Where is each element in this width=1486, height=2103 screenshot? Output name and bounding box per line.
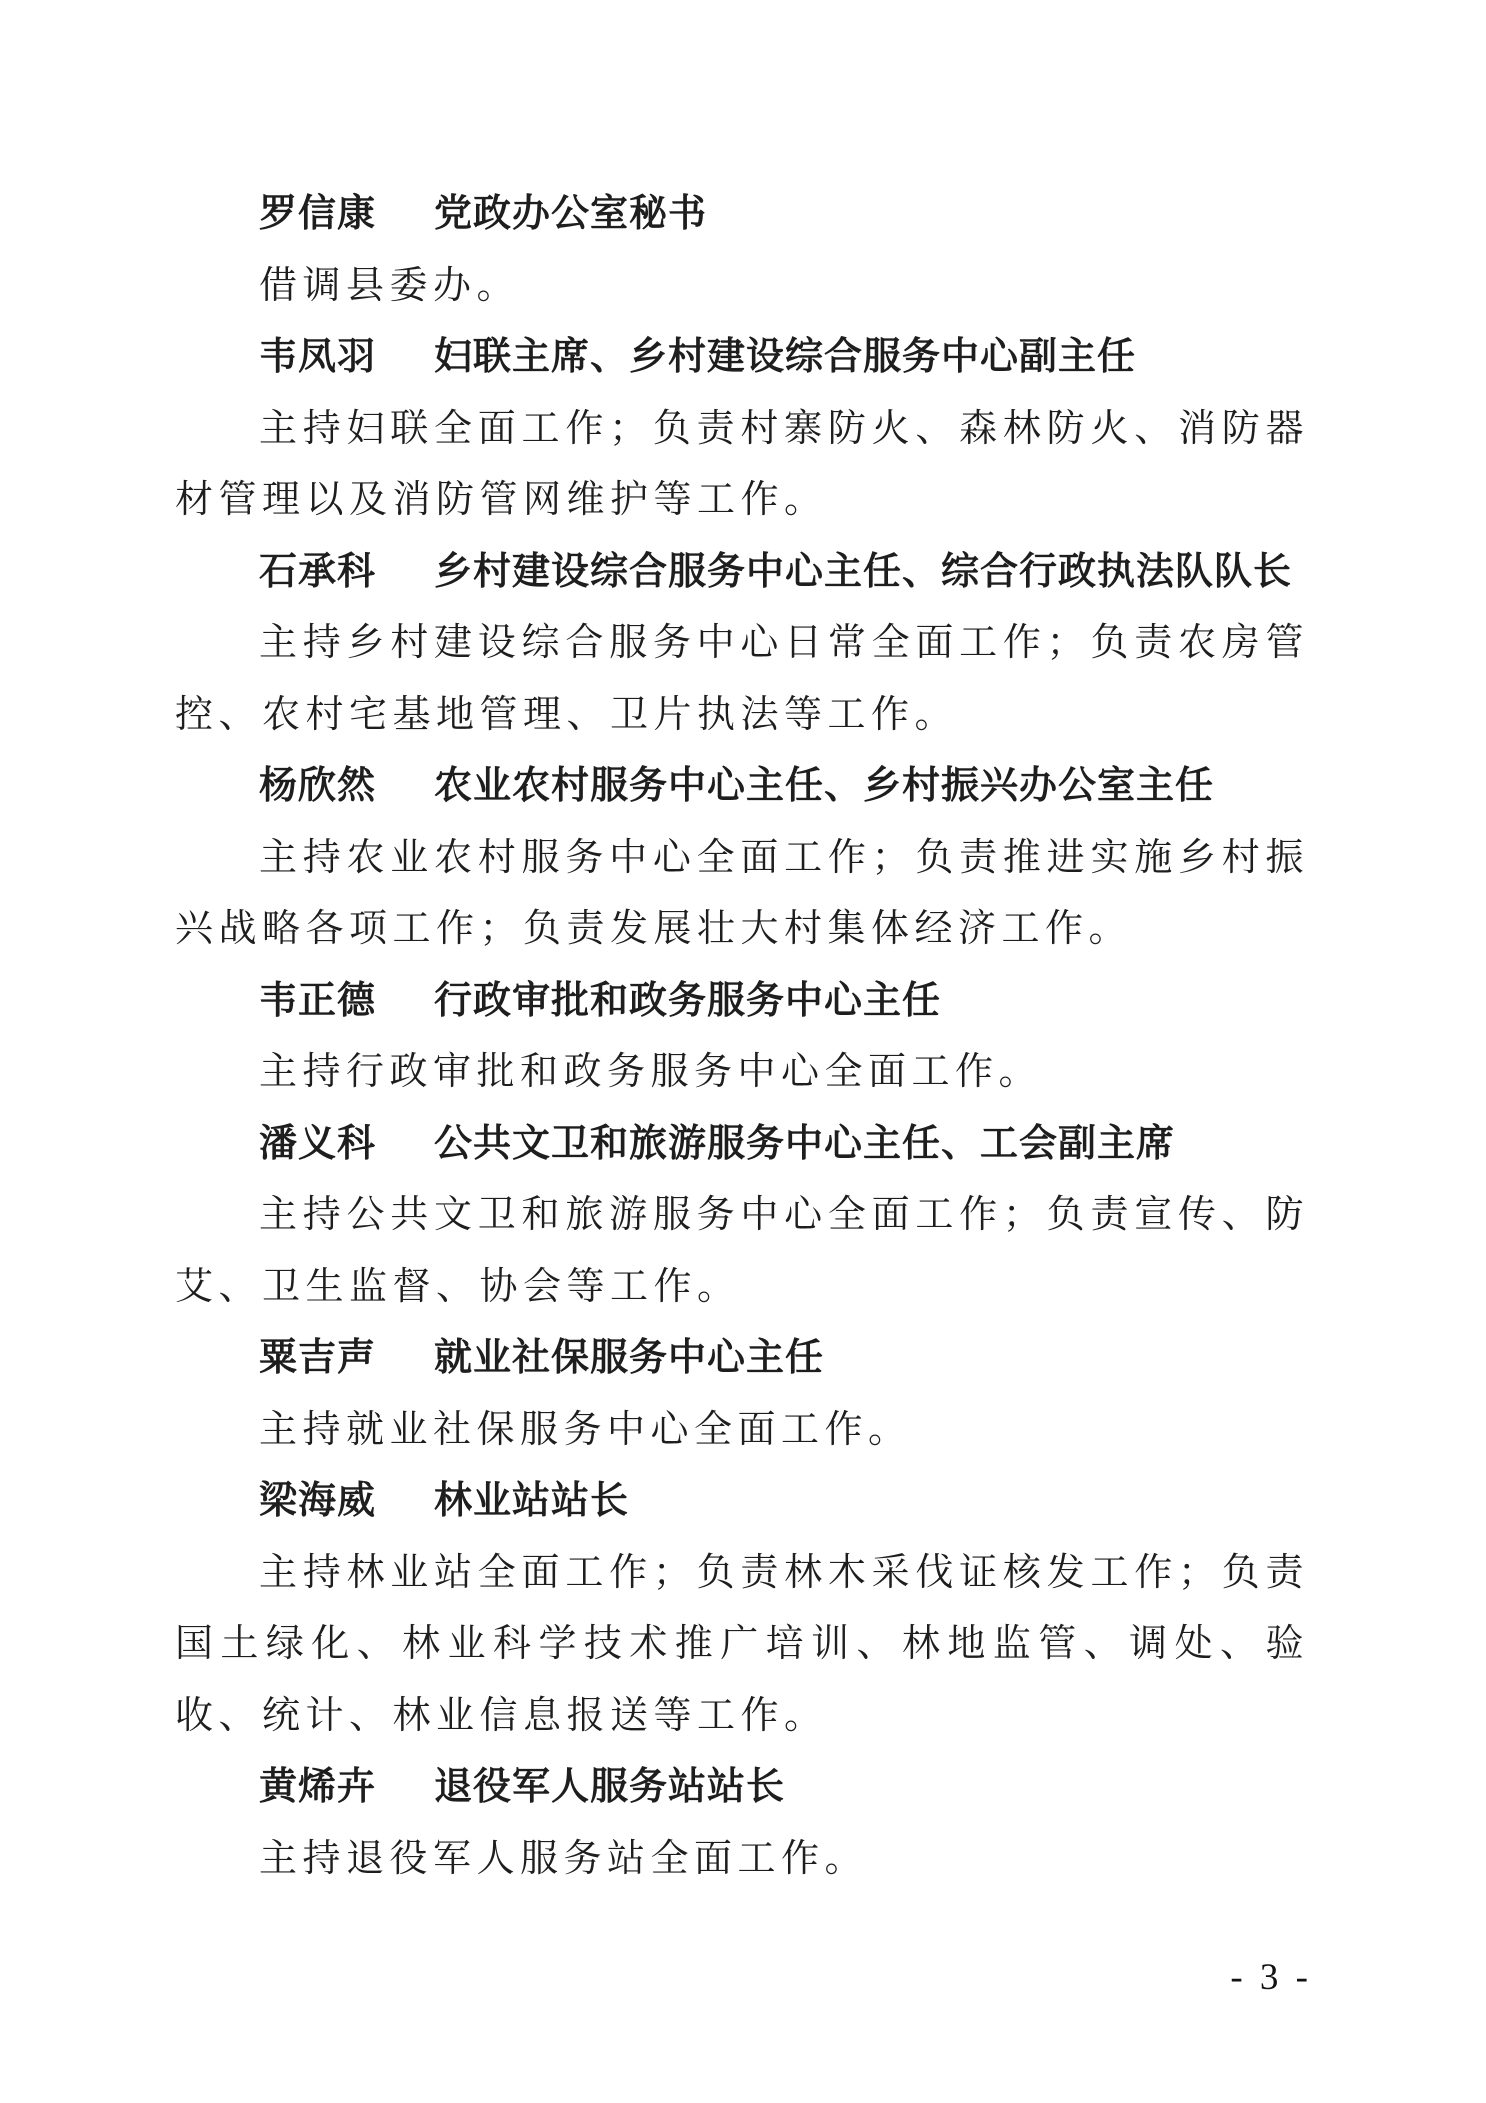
person-name: 粟吉声 <box>259 1337 376 1379</box>
entry-heading: 韦正德行政审批和政务服务中心主任 <box>175 966 1309 1038</box>
personnel-entry: 粟吉声就业社保服务中心主任 主持就业社保服务中心全面工作。 <box>175 1323 1309 1466</box>
position-title: 退役军人服务站站长 <box>434 1766 785 1808</box>
entry-heading: 石承科乡村建设综合服务中心主任、综合行政执法队队长 <box>175 537 1309 609</box>
person-name: 韦正德 <box>259 980 376 1022</box>
page-number: - 3 - <box>1230 1956 1312 1999</box>
personnel-entry: 石承科乡村建设综合服务中心主任、综合行政执法队队长 主持乡村建设综合服务中心日常… <box>175 537 1309 752</box>
entry-heading: 粟吉声就业社保服务中心主任 <box>175 1323 1309 1395</box>
person-name: 罗信康 <box>259 193 376 235</box>
entry-heading: 杨欣然农业农村服务中心主任、乡村振兴办公室主任 <box>175 751 1309 823</box>
position-title: 就业社保服务中心主任 <box>434 1337 824 1379</box>
personnel-entry: 梁海威林业站站长 主持林业站全面工作；负责林木采伐证核发工作；负责国土绿化、林业… <box>175 1466 1309 1752</box>
person-name: 杨欣然 <box>259 765 376 807</box>
entry-heading: 黄烯卉退役军人服务站站长 <box>175 1752 1309 1824</box>
personnel-entry: 杨欣然农业农村服务中心主任、乡村振兴办公室主任 主持农业农村服务中心全面工作；负… <box>175 751 1309 966</box>
duty-description: 借调县委办。 <box>175 251 1309 323</box>
position-title: 行政审批和政务服务中心主任 <box>434 980 941 1022</box>
duty-description: 主持乡村建设综合服务中心日常全面工作；负责农房管控、农村宅基地管理、卫片执法等工… <box>175 608 1309 751</box>
person-name: 韦凤羽 <box>259 336 376 378</box>
person-name: 石承科 <box>259 551 376 593</box>
duty-description: 主持妇联全面工作；负责村寨防火、森林防火、消防器材管理以及消防管网维护等工作。 <box>175 394 1309 537</box>
position-title: 林业站站长 <box>434 1480 629 1522</box>
position-title: 党政办公室秘书 <box>434 193 707 235</box>
personnel-entry: 潘义科公共文卫和旅游服务中心主任、工会副主席 主持公共文卫和旅游服务中心全面工作… <box>175 1109 1309 1324</box>
personnel-assignment-list: 罗信康党政办公室秘书 借调县委办。 韦凤羽妇联主席、乡村建设综合服务中心副主任 … <box>175 179 1309 1895</box>
entry-heading: 梁海威林业站站长 <box>175 1466 1309 1538</box>
position-title: 妇联主席、乡村建设综合服务中心副主任 <box>434 336 1136 378</box>
personnel-entry: 罗信康党政办公室秘书 借调县委办。 <box>175 179 1309 322</box>
duty-description: 主持公共文卫和旅游服务中心全面工作；负责宣传、防艾、卫生监督、协会等工作。 <box>175 1180 1309 1323</box>
person-name: 潘义科 <box>259 1123 376 1165</box>
entry-heading: 潘义科公共文卫和旅游服务中心主任、工会副主席 <box>175 1109 1309 1181</box>
duty-description: 主持就业社保服务中心全面工作。 <box>175 1395 1309 1467</box>
position-title: 农业农村服务中心主任、乡村振兴办公室主任 <box>434 765 1214 807</box>
personnel-entry: 黄烯卉退役军人服务站站长 主持退役军人服务站全面工作。 <box>175 1752 1309 1895</box>
position-title: 公共文卫和旅游服务中心主任、工会副主席 <box>434 1123 1175 1165</box>
entry-heading: 韦凤羽妇联主席、乡村建设综合服务中心副主任 <box>175 322 1309 394</box>
document-page: 罗信康党政办公室秘书 借调县委办。 韦凤羽妇联主席、乡村建设综合服务中心副主任 … <box>0 0 1486 2103</box>
position-title: 乡村建设综合服务中心主任、综合行政执法队队长 <box>434 551 1292 593</box>
duty-description: 主持林业站全面工作；负责林木采伐证核发工作；负责国土绿化、林业科学技术推广培训、… <box>175 1538 1309 1753</box>
person-name: 黄烯卉 <box>259 1766 376 1808</box>
duty-description: 主持行政审批和政务服务中心全面工作。 <box>175 1037 1309 1109</box>
duty-description: 主持退役军人服务站全面工作。 <box>175 1824 1309 1896</box>
entry-heading: 罗信康党政办公室秘书 <box>175 179 1309 251</box>
personnel-entry: 韦正德行政审批和政务服务中心主任 主持行政审批和政务服务中心全面工作。 <box>175 966 1309 1109</box>
personnel-entry: 韦凤羽妇联主席、乡村建设综合服务中心副主任 主持妇联全面工作；负责村寨防火、森林… <box>175 322 1309 537</box>
duty-description: 主持农业农村服务中心全面工作；负责推进实施乡村振兴战略各项工作；负责发展壮大村集… <box>175 823 1309 966</box>
person-name: 梁海威 <box>259 1480 376 1522</box>
